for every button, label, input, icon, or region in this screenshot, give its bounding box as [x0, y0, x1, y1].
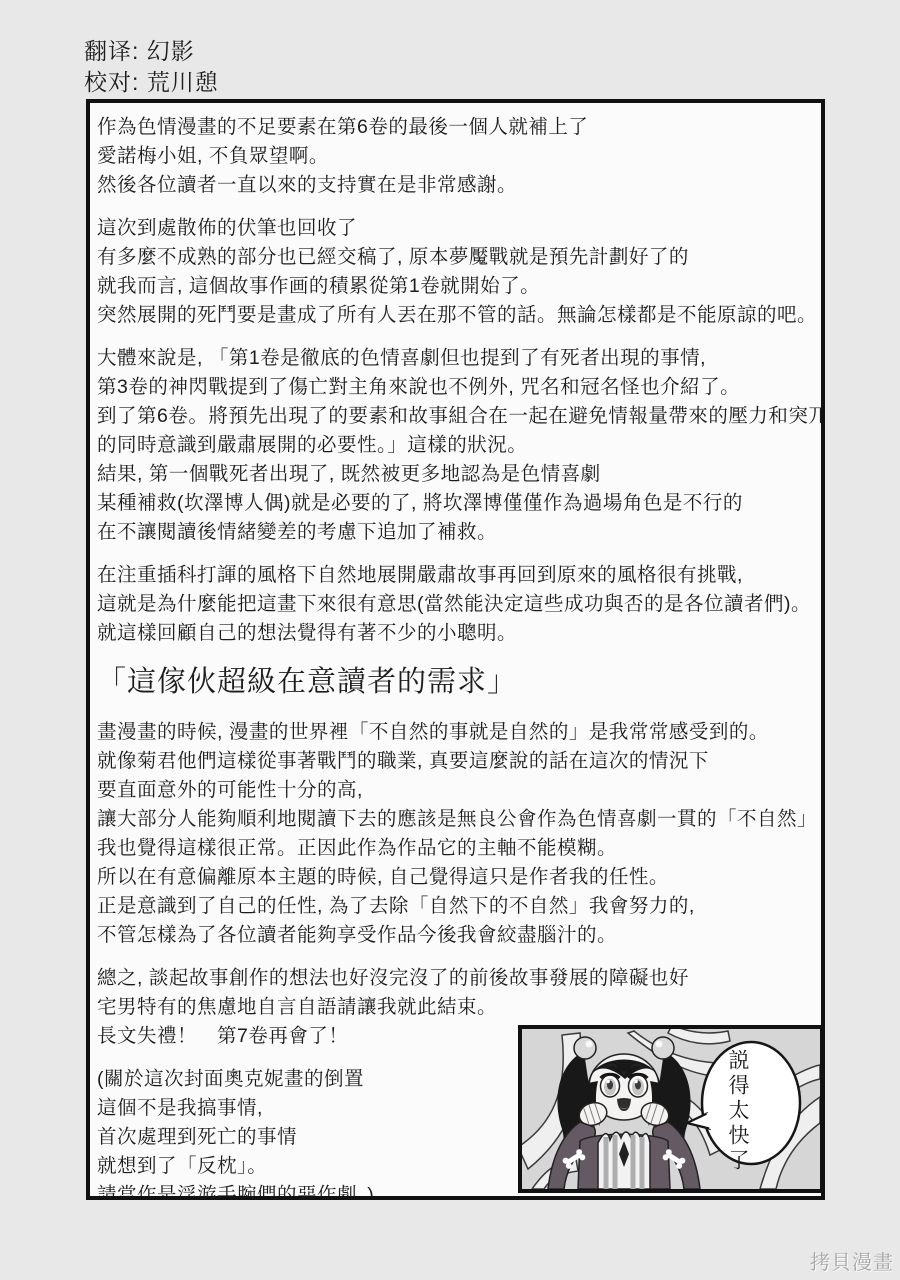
afterword-line: 宅男特有的焦慮地自言自語請讓我就此結束。 — [97, 993, 813, 1022]
afterword-line: 就這樣回顧自己的想法覺得有著不少的小聰明。 — [97, 619, 813, 648]
afterword-line: 畫漫畫的時候, 漫畫的世界裡「不自然的事就是自然的」是我常常感受到的。 — [97, 718, 813, 747]
afterword-line: 讓大部分人能夠順利地閱讀下去的應該是無良公會作為色情喜劇一貫的「不自然」 — [97, 805, 813, 834]
afterword-line: 在不讓閱讀後情緒變差的考慮下追加了補救。 — [97, 518, 813, 547]
afterword-paragraph: 作為色情漫畫的不足要素在第6卷的最後一個人就補上了愛諾梅小姐, 不負眾望啊。然後… — [97, 113, 813, 200]
manga-panel-art — [522, 1029, 820, 1189]
translator-credit: 翻译: 幻影 — [84, 36, 219, 67]
afterword-paragraph: 大體來說是, 「第1卷是徹底的色情喜劇但也提到了有死者出現的事情,第3卷的神閃戰… — [97, 344, 813, 547]
manga-panel: 説得太快了 — [518, 1025, 824, 1193]
afterword-line: 要直面意外的可能性十分的高, — [97, 776, 813, 805]
afterword-line: 就我而言, 這個故事作画的積累從第1卷就開始了。 — [97, 272, 813, 301]
afterword-line: 總之, 談起故事創作的想法也好沒完沒了的前後故事發展的障礙也好 — [97, 964, 813, 993]
afterword-line: 我也覺得這樣很正常。正因此作為作品它的主軸不能模糊。 — [97, 834, 813, 863]
speech-bubble-text: 説得太快了 — [722, 1049, 752, 1175]
afterword-line: 某種補救(坎澤博人偶)就是必要的了, 將坎澤博僅僅作為過場角色是不行的 — [97, 489, 813, 518]
afterword-box: 作為色情漫畫的不足要素在第6卷的最後一個人就補上了愛諾梅小姐, 不負眾望啊。然後… — [86, 99, 825, 1200]
afterword-line: 「這傢伙超級在意讀者的需求」 — [97, 660, 813, 704]
afterword-line: 有多麼不成熟的部分也已經交稿了, 原本夢魘戰就是預先計劃好了的 — [97, 243, 813, 272]
afterword-line: 突然展開的死鬥要是畫成了所有人丟在那不管的話。無論怎樣都是不能原諒的吧。 — [97, 301, 813, 330]
afterword-line: 不管怎樣為了各位讀者能夠享受作品今後我會絞盡腦汁的。 — [97, 921, 813, 950]
afterword-line: 在注重插科打諢的風格下自然地展開嚴肅故事再回到原來的風格很有挑戰, — [97, 561, 813, 590]
watermark: 拷貝漫畫 — [810, 1246, 894, 1275]
proofreader-credit: 校对: 荒川憩 — [84, 67, 219, 98]
afterword-line: 然後各位讀者一直以來的支持實在是非常感謝。 — [97, 171, 813, 200]
scarf — [598, 1132, 650, 1189]
afterword-line: 愛諾梅小姐, 不負眾望啊。 — [97, 142, 813, 171]
afterword-line: 的同時意識到嚴肅展開的必要性。」這樣的狀況。 — [97, 431, 813, 460]
afterword-line: 這就是為什麼能把這畫下來很有意思(當然能決定這些成功與否的是各位讀者們)。 — [97, 590, 813, 619]
afterword-paragraph: 在注重插科打諢的風格下自然地展開嚴肅故事再回到原來的風格很有挑戰,這就是為什麼能… — [97, 561, 813, 648]
afterword-line: 作為色情漫畫的不足要素在第6卷的最後一個人就補上了 — [97, 113, 813, 142]
afterword-heading: 「這傢伙超級在意讀者的需求」 — [97, 660, 813, 704]
afterword-line: 到了第6卷。將預先出現了的要素和故事組合在一起在避免情報量帶來的壓力和突兀 — [97, 402, 813, 431]
credits-block: 翻译: 幻影 校对: 荒川憩 — [84, 36, 219, 98]
afterword-line: 第3卷的神閃戰提到了傷亡對主角來說也不例外, 咒名和冠名怪也介紹了。 — [97, 373, 813, 402]
afterword-line: 正是意識到了自己的任性, 為了去除「自然下的不自然」我會努力的, — [97, 892, 813, 921]
afterword-line: 大體來說是, 「第1卷是徹底的色情喜劇但也提到了有死者出現的事情, — [97, 344, 813, 373]
afterword-paragraph: 畫漫畫的時候, 漫畫的世界裡「不自然的事就是自然的」是我常常感受到的。就像菊君他… — [97, 718, 813, 950]
afterword-paragraph: 這次到處散佈的伏筆也回收了有多麼不成熟的部分也已經交稿了, 原本夢魘戰就是預先計… — [97, 214, 813, 330]
afterword-line: 這次到處散佈的伏筆也回收了 — [97, 214, 813, 243]
afterword-line: 結果, 第一個戰死者出現了, 既然被更多地認為是色情喜劇 — [97, 460, 813, 489]
afterword-line: 就像菊君他們這樣從事著戰鬥的職業, 真要這麼說的話在這次的情況下 — [97, 747, 813, 776]
afterword-line: 所以在有意偏離原本主題的時候, 自己覺得這只是作者我的任性。 — [97, 863, 813, 892]
